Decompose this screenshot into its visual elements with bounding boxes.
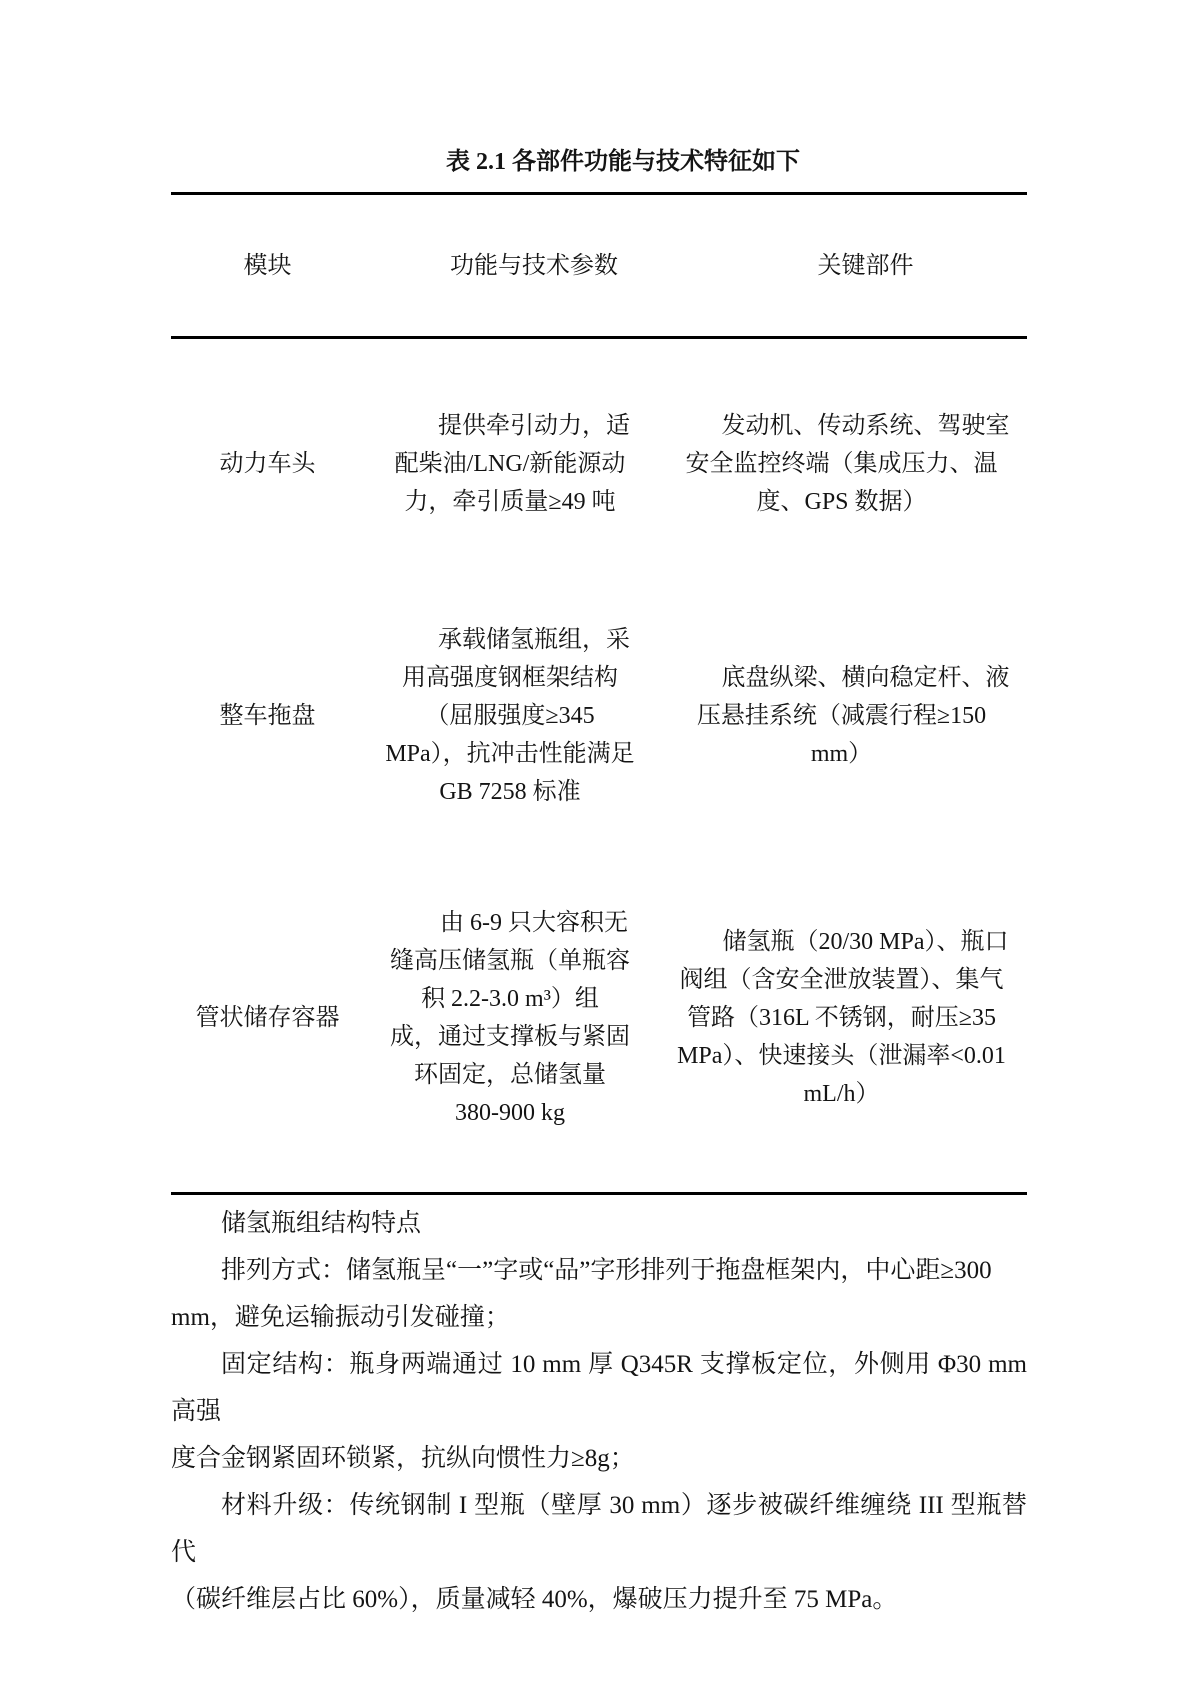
cell-components: 发动机、传动系统、驾驶室 安全监控终端（集成压力、温 度、GPS 数据）	[656, 338, 1027, 590]
cell-function: 提供牵引动力，适 配柴油/LNG/新能源动 力，牵引质量≥49 吨	[364, 338, 656, 590]
table-caption: 表 2.1 各部件功能与技术特征如下	[171, 0, 1027, 178]
table-header-row: 模块 功能与技术参数 关键部件	[171, 194, 1027, 338]
document-content: 表 2.1 各部件功能与技术特征如下 模块 功能与技术参数 关键部件 动力车头 …	[171, 0, 1027, 1623]
cell-components: 储氢瓶（20/30 MPa）、瓶口 阀组（含安全泄放装置）、集气 管路（316L…	[656, 843, 1027, 1194]
paragraph-material-upgrade: 材料升级：传统钢制 I 型瓶（壁厚 30 mm）逐步被碳纤维缠绕 III 型瓶替…	[171, 1482, 1027, 1623]
col-header-module: 模块	[171, 194, 364, 338]
document-page: 表 2.1 各部件功能与技术特征如下 模块 功能与技术参数 关键部件 动力车头 …	[0, 0, 1199, 1696]
cell-components: 底盘纵梁、横向稳定杆、液 压悬挂系统（减震行程≥150 mm）	[656, 589, 1027, 843]
table-row-trailer-chassis: 整车拖盘 承载储氢瓶组，采 用高强度钢框架结构 （屈服强度≥345 MPa），抗…	[171, 589, 1027, 843]
cell-function: 承载储氢瓶组，采 用高强度钢框架结构 （屈服强度≥345 MPa），抗冲击性能满…	[364, 589, 656, 843]
col-header-components: 关键部件	[656, 194, 1027, 338]
paragraph-arrangement: 排列方式：储氢瓶呈“一”字或“品”字形排列于拖盘框架内，中心距≥300 mm，避…	[171, 1247, 1027, 1341]
cell-function: 由 6-9 只大容积无 缝高压储氢瓶（单瓶容 积 2.2-3.0 m³）组 成，…	[364, 843, 656, 1194]
paragraph-fixing-structure: 固定结构：瓶身两端通过 10 mm 厚 Q345R 支撑板定位，外侧用 Φ30 …	[171, 1341, 1027, 1482]
col-header-function: 功能与技术参数	[364, 194, 656, 338]
cell-module: 管状储存容器	[171, 843, 364, 1194]
table-row-power-tractor: 动力车头 提供牵引动力，适 配柴油/LNG/新能源动 力，牵引质量≥49 吨 发…	[171, 338, 1027, 590]
cell-module: 动力车头	[171, 338, 364, 590]
body-text-section: 储氢瓶组结构特点 排列方式：储氢瓶呈“一”字或“品”字形排列于拖盘框架内，中心距…	[171, 1200, 1027, 1623]
table-row-tube-storage: 管状储存容器 由 6-9 只大容积无 缝高压储氢瓶（单瓶容 积 2.2-3.0 …	[171, 843, 1027, 1194]
cell-module: 整车拖盘	[171, 589, 364, 843]
spec-table: 模块 功能与技术参数 关键部件 动力车头 提供牵引动力，适 配柴油/LNG/新能…	[171, 192, 1027, 1195]
paragraph-structure-heading: 储氢瓶组结构特点	[171, 1200, 1027, 1247]
